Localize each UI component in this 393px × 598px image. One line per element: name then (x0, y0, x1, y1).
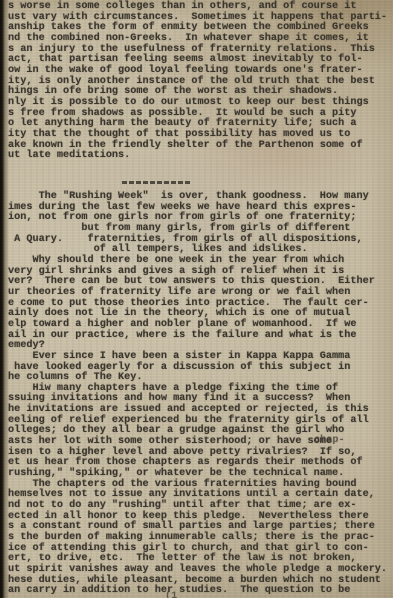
section-divider (122, 181, 190, 184)
paragraph-fraternity-partisanship: s worse in some colleges than in others,… (8, 2, 393, 162)
typed-line: Ever since I have been a sister in Kappa… (8, 352, 393, 363)
typed-line: ut late meditations. (8, 151, 393, 162)
typed-line: ity that the thought of that possibility… (8, 130, 393, 141)
paragraph-rushing-week: The "Rushing Week" is over, thank goodne… (8, 192, 393, 597)
bottom-cut-line-fragment: (1 (165, 591, 177, 598)
typed-line: Why should there be one week in the year… (8, 256, 393, 267)
typed-line: nly it is possible to do our utmost to k… (8, 98, 393, 109)
typed-line: ail in our practice, where is the failur… (8, 331, 393, 342)
typed-line: elp toward a higher and nobler plane of … (8, 320, 393, 331)
scanned-document-page: s worse in some colleges than in others,… (0, 0, 393, 598)
typed-line: an carry in addition to her studies. The… (8, 586, 393, 597)
typed-line: ur theories of fraternity life are wrong… (8, 288, 393, 299)
typed-line: ow in the wake of good loyal feeling tow… (8, 66, 393, 77)
typed-insertion-chap: chap- (314, 435, 345, 446)
